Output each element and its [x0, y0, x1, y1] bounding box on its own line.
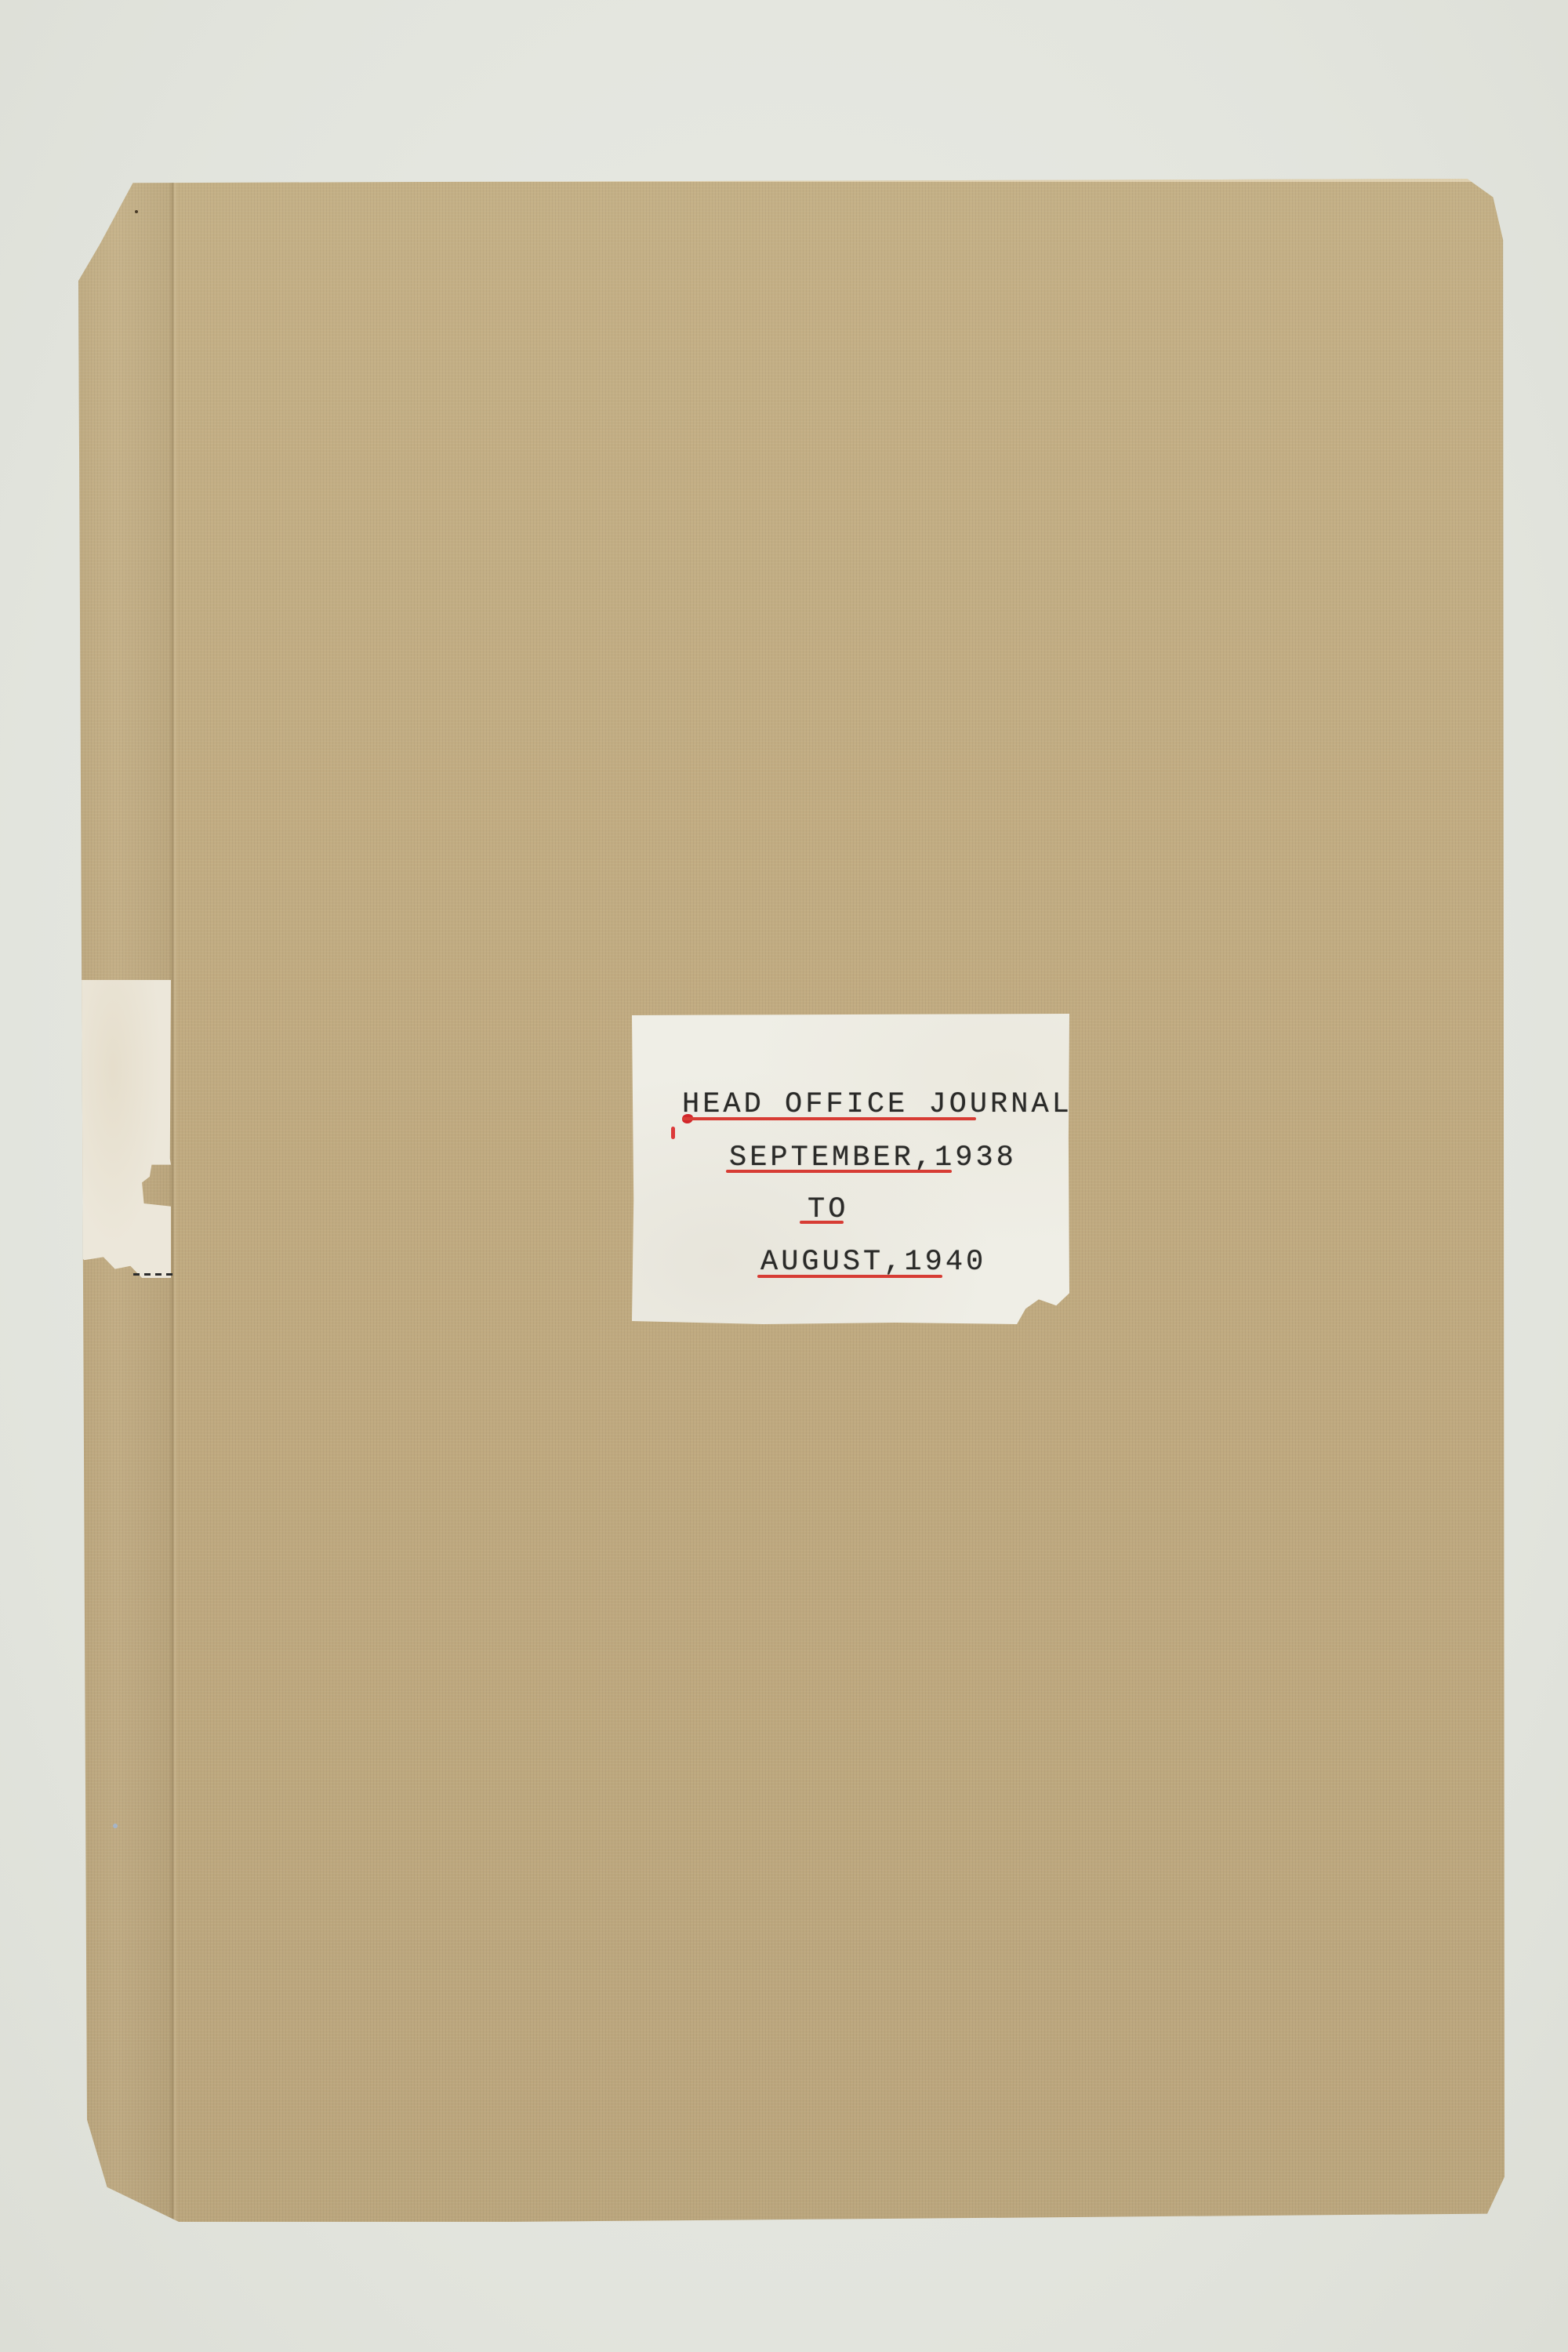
journal-cover: HEAD OFFICE JOURNAL SEPTEMBER,1938 TO AU… [78, 179, 1513, 2222]
spine-label-remnant [74, 980, 171, 1278]
spine-label-dashes [133, 1273, 172, 1276]
cover-speck [135, 210, 138, 213]
label-start-date: SEPTEMBER,1938 [729, 1144, 1017, 1173]
label-title: HEAD OFFICE JOURNAL [682, 1091, 1073, 1120]
label-end-date-underline [757, 1275, 942, 1278]
red-ink-drip [671, 1127, 675, 1139]
label-to-underline [800, 1221, 844, 1224]
label-end-date: AUGUST,1940 [760, 1248, 986, 1277]
cover-speck [113, 1824, 118, 1828]
label-start-date-underline [726, 1170, 952, 1173]
cover-label: HEAD OFFICE JOURNAL SEPTEMBER,1938 TO AU… [632, 1014, 1069, 1324]
spine-hinge [169, 179, 177, 2222]
label-title-underline [682, 1117, 976, 1120]
